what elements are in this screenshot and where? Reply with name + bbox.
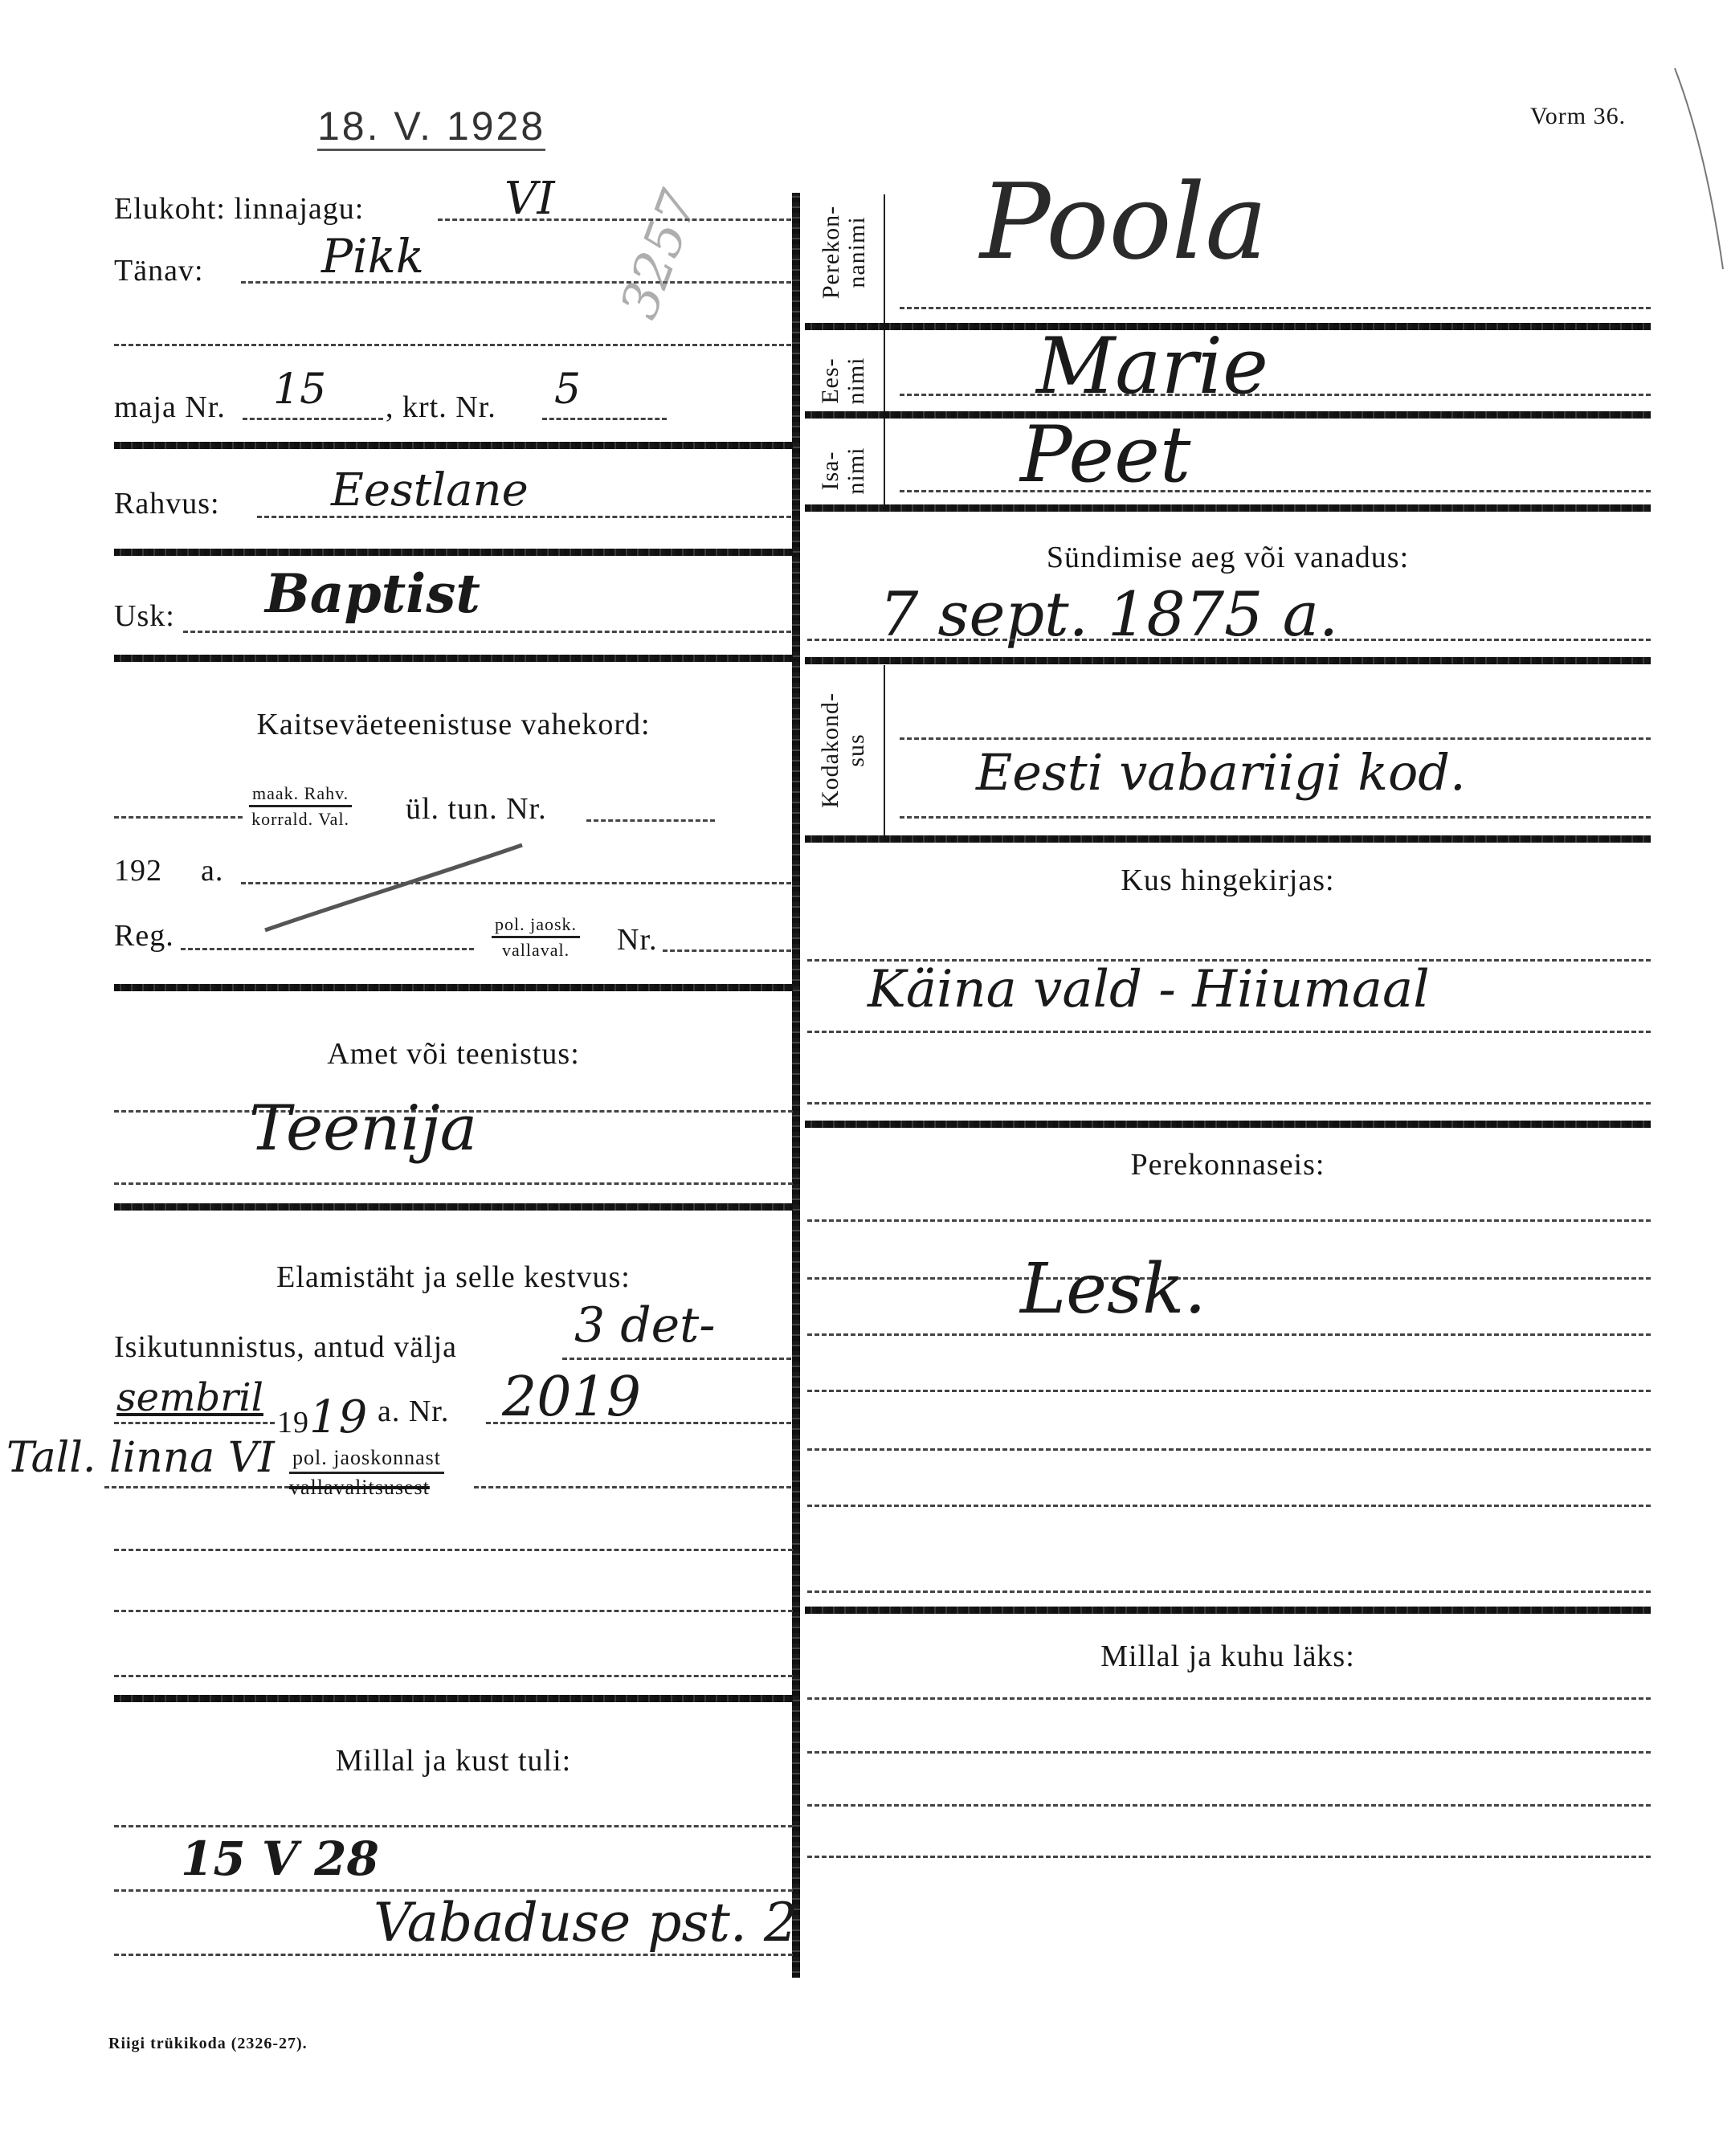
marital-line-6 bbox=[807, 1505, 1651, 1507]
reg-line bbox=[181, 948, 474, 950]
divider-military bbox=[114, 984, 793, 991]
birth-line bbox=[807, 639, 1651, 641]
military-year-prefix: 192 bbox=[114, 853, 162, 888]
military-nr-label: ül. tun. Nr. bbox=[406, 791, 547, 827]
street-line-2 bbox=[114, 344, 791, 346]
id-nr-label: a. Nr. bbox=[378, 1394, 449, 1429]
printer-imprint: Riigi trükikoda (2326-27). bbox=[108, 2035, 308, 2053]
marital-status-title: Perekonnaseis: bbox=[805, 1147, 1651, 1182]
divider-residence bbox=[114, 442, 793, 449]
occupation-title: Amet või teenistus: bbox=[114, 1036, 793, 1072]
marital-line-5 bbox=[807, 1448, 1651, 1451]
divider-citizenship bbox=[805, 835, 1651, 843]
occupation-line-2 bbox=[114, 1182, 793, 1185]
id-date-part2[interactable]: sembril bbox=[116, 1375, 263, 1420]
house-value[interactable]: 15 bbox=[273, 365, 326, 414]
marital-line-7 bbox=[807, 1590, 1651, 1593]
military-year-suffix: a. bbox=[201, 853, 223, 888]
military-nr-line bbox=[586, 819, 715, 822]
divider-marital bbox=[805, 1607, 1651, 1614]
religion-line bbox=[183, 631, 791, 633]
citizenship-label-divider bbox=[884, 665, 885, 835]
pencil-note: 3257 bbox=[610, 183, 710, 326]
nationality-value[interactable]: Eestlane bbox=[331, 464, 529, 517]
id-date-part1[interactable]: 3 det- bbox=[574, 1297, 716, 1354]
district-value[interactable]: VI bbox=[504, 173, 555, 225]
issuer-written[interactable]: Tall. linna VI bbox=[6, 1434, 275, 1482]
strike-through-mark bbox=[257, 835, 546, 940]
id-label: Isikutunnistus, antud välja bbox=[114, 1329, 457, 1365]
arrival-title: Millal ja kust tuli: bbox=[114, 1743, 793, 1778]
departure-title: Millal ja kuhu läks: bbox=[805, 1639, 1651, 1674]
divider-occupation bbox=[114, 1203, 793, 1211]
surname-label: Perekon- nanimi bbox=[819, 192, 873, 312]
citizenship-value[interactable]: Eesti vabariigi kod. bbox=[976, 743, 1466, 802]
center-divider bbox=[792, 193, 800, 1978]
father-name-value[interactable]: Peet bbox=[1020, 410, 1190, 500]
divider-nationality bbox=[114, 549, 793, 556]
street-label: Tänav: bbox=[114, 253, 204, 288]
surname-value[interactable]: Poola bbox=[980, 161, 1268, 283]
date-stamp: 18. V. 1928 bbox=[317, 103, 545, 149]
issuer-line-2 bbox=[474, 1486, 791, 1488]
form-number: Vorm 36. bbox=[1530, 103, 1626, 130]
issuer-line bbox=[104, 1486, 289, 1488]
citizenship-line-1 bbox=[900, 737, 1651, 740]
religion-value[interactable]: Baptist bbox=[265, 562, 480, 625]
divider-religion bbox=[114, 655, 793, 662]
arrival-date[interactable]: 15 V 28 bbox=[181, 1831, 379, 1886]
citizenship-line-2 bbox=[900, 816, 1651, 819]
first-name-label: Ees- nimi bbox=[818, 341, 872, 421]
issuer-fraction: pol. jaoskonnast vallavalitsusest bbox=[289, 1446, 444, 1500]
divider-permit bbox=[114, 1695, 793, 1702]
marital-line-3 bbox=[807, 1333, 1651, 1336]
registry-line-3 bbox=[807, 1102, 1651, 1105]
name-label-divider bbox=[884, 194, 885, 512]
permit-line-3 bbox=[114, 1549, 793, 1551]
father-name-label: Isa- nimi bbox=[818, 431, 872, 511]
military-line-1 bbox=[114, 816, 243, 819]
permit-line-5 bbox=[114, 1675, 793, 1677]
nationality-label: Rahvus: bbox=[114, 486, 220, 521]
military-title: Kaitseväeteenistuse vahekord: bbox=[114, 707, 793, 742]
arrival-line-1 bbox=[114, 1825, 793, 1827]
reg-nr-line bbox=[663, 949, 791, 952]
apartment-label: , krt. Nr. bbox=[386, 390, 496, 425]
first-name-value[interactable]: Marie bbox=[1036, 321, 1268, 411]
registry-value[interactable]: Käina vald - Hiiumaal bbox=[868, 960, 1430, 1019]
house-label: maja Nr. bbox=[114, 390, 226, 425]
father-name-line bbox=[900, 490, 1651, 492]
departure-line-1 bbox=[807, 1697, 1651, 1700]
departure-line-4 bbox=[807, 1856, 1651, 1858]
district-label: Elukoht: linnajagu: bbox=[114, 191, 364, 227]
street-value[interactable]: Pikk bbox=[321, 229, 424, 284]
military-fraction: maak. Rahv. korrald. Val. bbox=[249, 783, 352, 830]
first-name-line bbox=[900, 394, 1651, 396]
district-line bbox=[438, 218, 791, 221]
scan-edge-mark bbox=[1671, 64, 1727, 273]
departure-line-3 bbox=[807, 1804, 1651, 1807]
registry-title: Kus hingekirjas: bbox=[805, 863, 1651, 898]
divider-birth bbox=[805, 657, 1651, 664]
divider-first-name bbox=[805, 411, 1651, 419]
apartment-line bbox=[542, 418, 667, 420]
apartment-value[interactable]: 5 bbox=[554, 365, 581, 414]
id-date-line-2 bbox=[114, 1422, 275, 1424]
departure-line-2 bbox=[807, 1751, 1651, 1754]
citizenship-label: Kodakond- sus bbox=[818, 670, 872, 831]
divider-father-name bbox=[805, 504, 1651, 512]
arrival-from[interactable]: Vabaduse pst. 2 bbox=[374, 1892, 798, 1954]
arrival-line-3 bbox=[114, 1954, 793, 1956]
religion-label: Usk: bbox=[114, 598, 175, 634]
divider-registry bbox=[805, 1121, 1651, 1128]
marital-line-1 bbox=[807, 1219, 1651, 1222]
marital-status-value[interactable]: Lesk. bbox=[1020, 1249, 1206, 1329]
residence-permit-title: Elamistäht ja selle kestvus: bbox=[114, 1260, 793, 1295]
surname-line bbox=[900, 307, 1651, 309]
registry-line-2 bbox=[807, 1031, 1651, 1033]
id-year-printed: 1919 bbox=[277, 1391, 368, 1443]
birth-title: Sündimise aeg või vanadus: bbox=[805, 540, 1651, 575]
id-number[interactable]: 2019 bbox=[502, 1366, 641, 1429]
house-line bbox=[243, 418, 383, 420]
marital-line-4 bbox=[807, 1390, 1651, 1392]
marital-line-2 bbox=[807, 1277, 1651, 1280]
permit-line-4 bbox=[114, 1610, 793, 1612]
id-date-line bbox=[562, 1358, 791, 1360]
occupation-value[interactable]: Teenija bbox=[249, 1092, 477, 1165]
reg-label: Reg. bbox=[114, 918, 174, 953]
reg-nr-label: Nr. bbox=[617, 922, 658, 958]
